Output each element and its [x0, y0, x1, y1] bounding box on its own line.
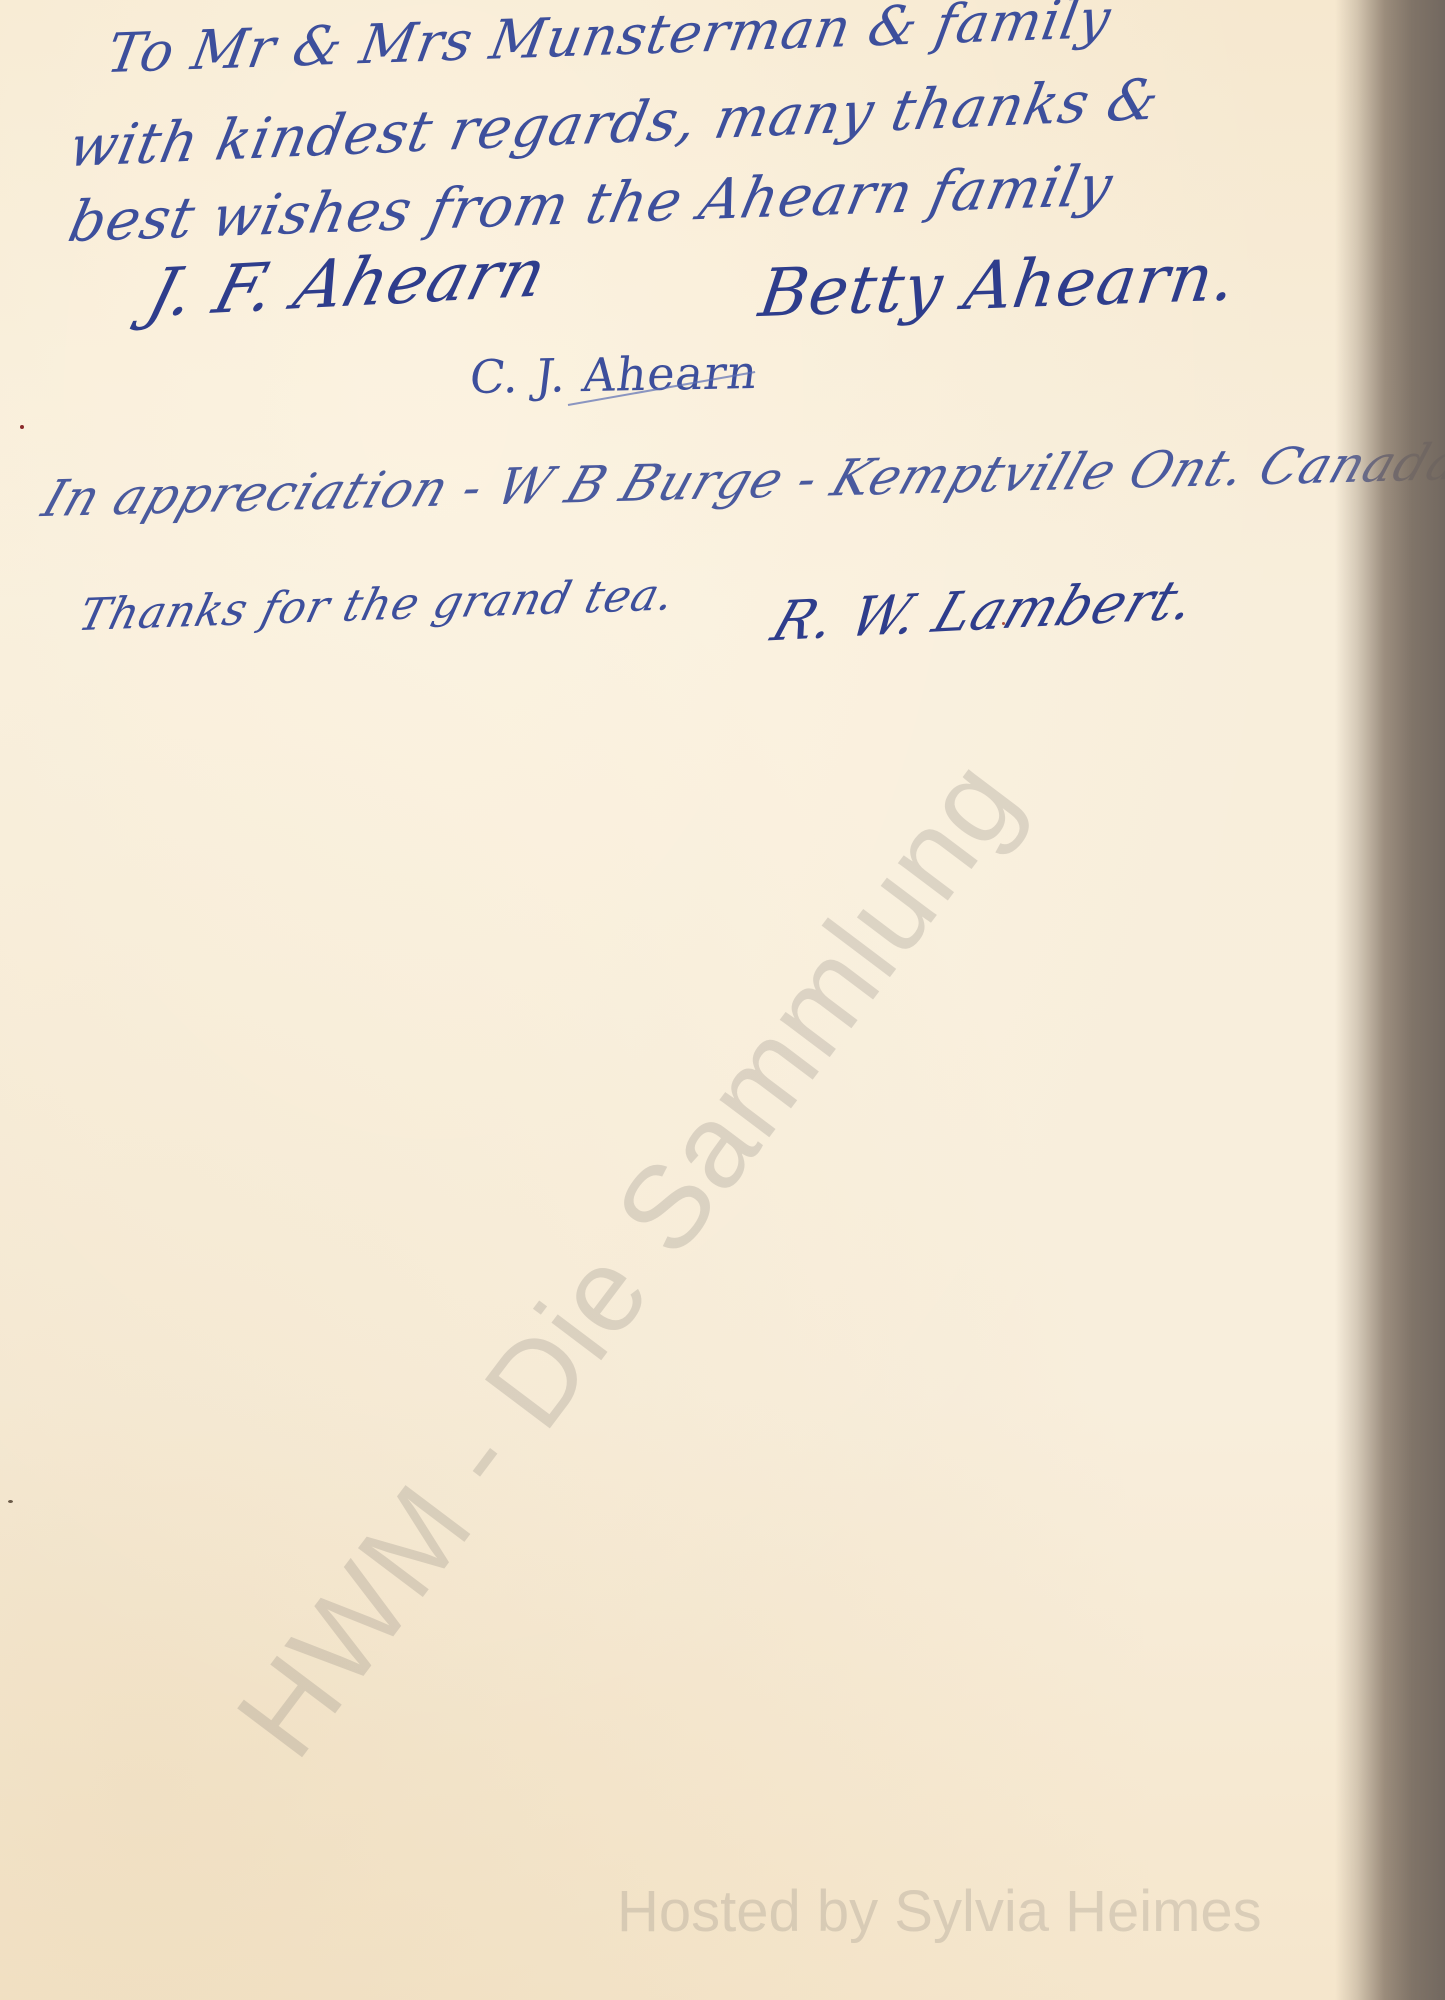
appreciation-entry: In appreciation - W B Burge - Kemptville…: [35, 433, 1445, 529]
signature-lambert: R. W. Lambert.: [764, 567, 1205, 653]
thanks-entry: Thanks for the grand tea.: [74, 569, 681, 641]
ink-speck: [1002, 622, 1005, 625]
ink-speck: [20, 425, 24, 429]
book-binding-shadow: [1335, 0, 1445, 2000]
watermark-diagonal: HWM - Die Sammlung: [210, 734, 1047, 1782]
paper-speck: [8, 1500, 13, 1503]
dedication-line-1: To Mr & Mrs Munsterman & family: [102, 0, 1116, 85]
watermark-hosted-by: Hosted by Sylvia Heimes: [617, 1878, 1262, 1945]
guestbook-page: To Mr & Mrs Munsterman & family with kin…: [0, 0, 1445, 2000]
signature-betty-ahearn: Betty Ahearn.: [755, 238, 1241, 332]
